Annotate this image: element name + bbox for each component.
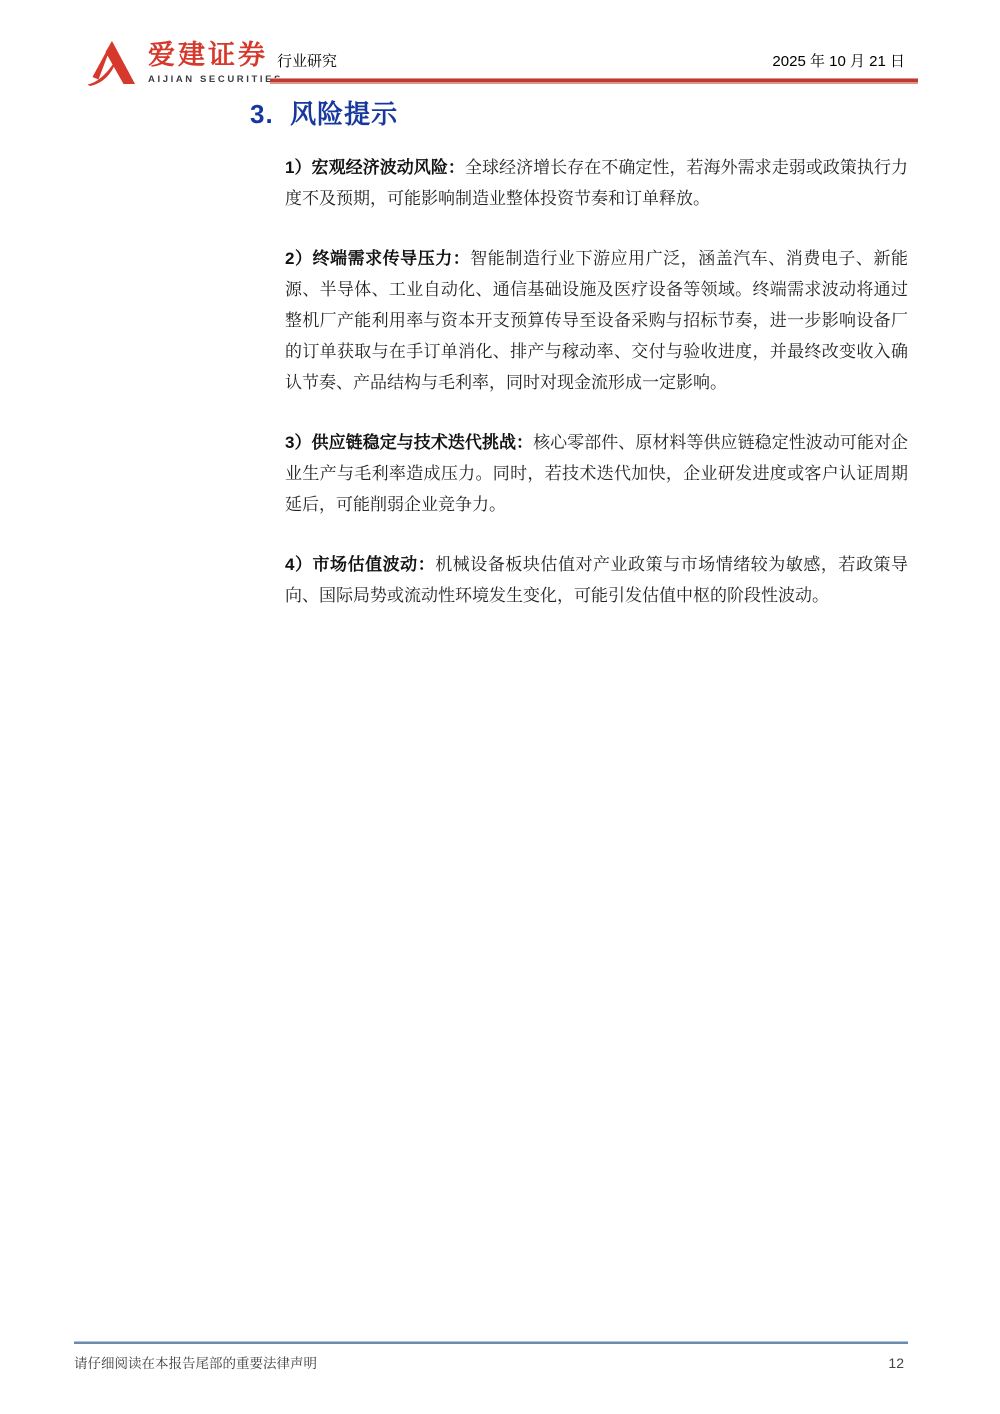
header-divider	[270, 78, 918, 84]
risk-item-4-label: 4）市场估值波动：	[285, 555, 435, 574]
report-date: 2025 年 10 月 21 日	[772, 50, 905, 71]
header-meta: 行业研究 2025 年 10 月 21 日	[270, 50, 918, 78]
legal-disclaimer: 请仔细阅读在本报告尾部的重要法律声明	[74, 1352, 317, 1372]
footer-row: 请仔细阅读在本报告尾部的重要法律声明 12	[74, 1352, 908, 1372]
risk-item-3: 3）供应链稳定与技术迭代挑战：核心零部件、原材料等供应链稳定性波动可能对企业生产…	[285, 427, 908, 520]
logo-text: 爱建证券 AIJIAN SECURITIES	[148, 41, 283, 85]
aijian-a-icon	[85, 40, 137, 86]
brand-name-cn: 爱建证券	[148, 41, 283, 71]
report-page: 爱建证券 AIJIAN SECURITIES 行业研究 2025 年 10 月 …	[0, 0, 1000, 1414]
page-number: 12	[888, 1355, 908, 1371]
brand-name-en: AIJIAN SECURITIES	[148, 74, 283, 85]
risk-item-3-label: 3）供应链稳定与技术迭代挑战：	[285, 433, 533, 452]
company-logo: 爱建证券 AIJIAN SECURITIES	[85, 40, 283, 86]
risk-item-2-label: 2）终端需求传导压力：	[285, 249, 470, 268]
footer-divider	[74, 1341, 908, 1344]
risk-item-1: 1）宏观经济波动风险：全球经济增长存在不确定性，若海外需求走弱或政策执行力度不及…	[285, 152, 908, 214]
risk-item-2-text: 智能制造行业下游应用广泛，涵盖汽车、消费电子、新能源、半导体、工业自动化、通信基…	[285, 249, 908, 392]
risk-paragraphs: 1）宏观经济波动风险：全球经济增长存在不确定性，若海外需求走弱或政策执行力度不及…	[285, 152, 908, 611]
risk-item-2: 2）终端需求传导压力：智能制造行业下游应用广泛，涵盖汽车、消费电子、新能源、半导…	[285, 243, 908, 398]
page-footer: 请仔细阅读在本报告尾部的重要法律声明 12	[74, 1341, 908, 1372]
risk-item-4: 4）市场估值波动：机械设备板块估值对产业政策与市场情绪较为敏感，若政策导向、国际…	[285, 549, 908, 611]
risk-item-1-label: 1）宏观经济波动风险：	[285, 158, 465, 177]
report-body: 3. 风险提示 1）宏观经济波动风险：全球经济增长存在不确定性，若海外需求走弱或…	[250, 94, 910, 640]
report-category: 行业研究	[277, 50, 337, 71]
section-title: 3. 风险提示	[250, 94, 910, 131]
header-bar: 行业研究 2025 年 10 月 21 日	[270, 50, 918, 84]
